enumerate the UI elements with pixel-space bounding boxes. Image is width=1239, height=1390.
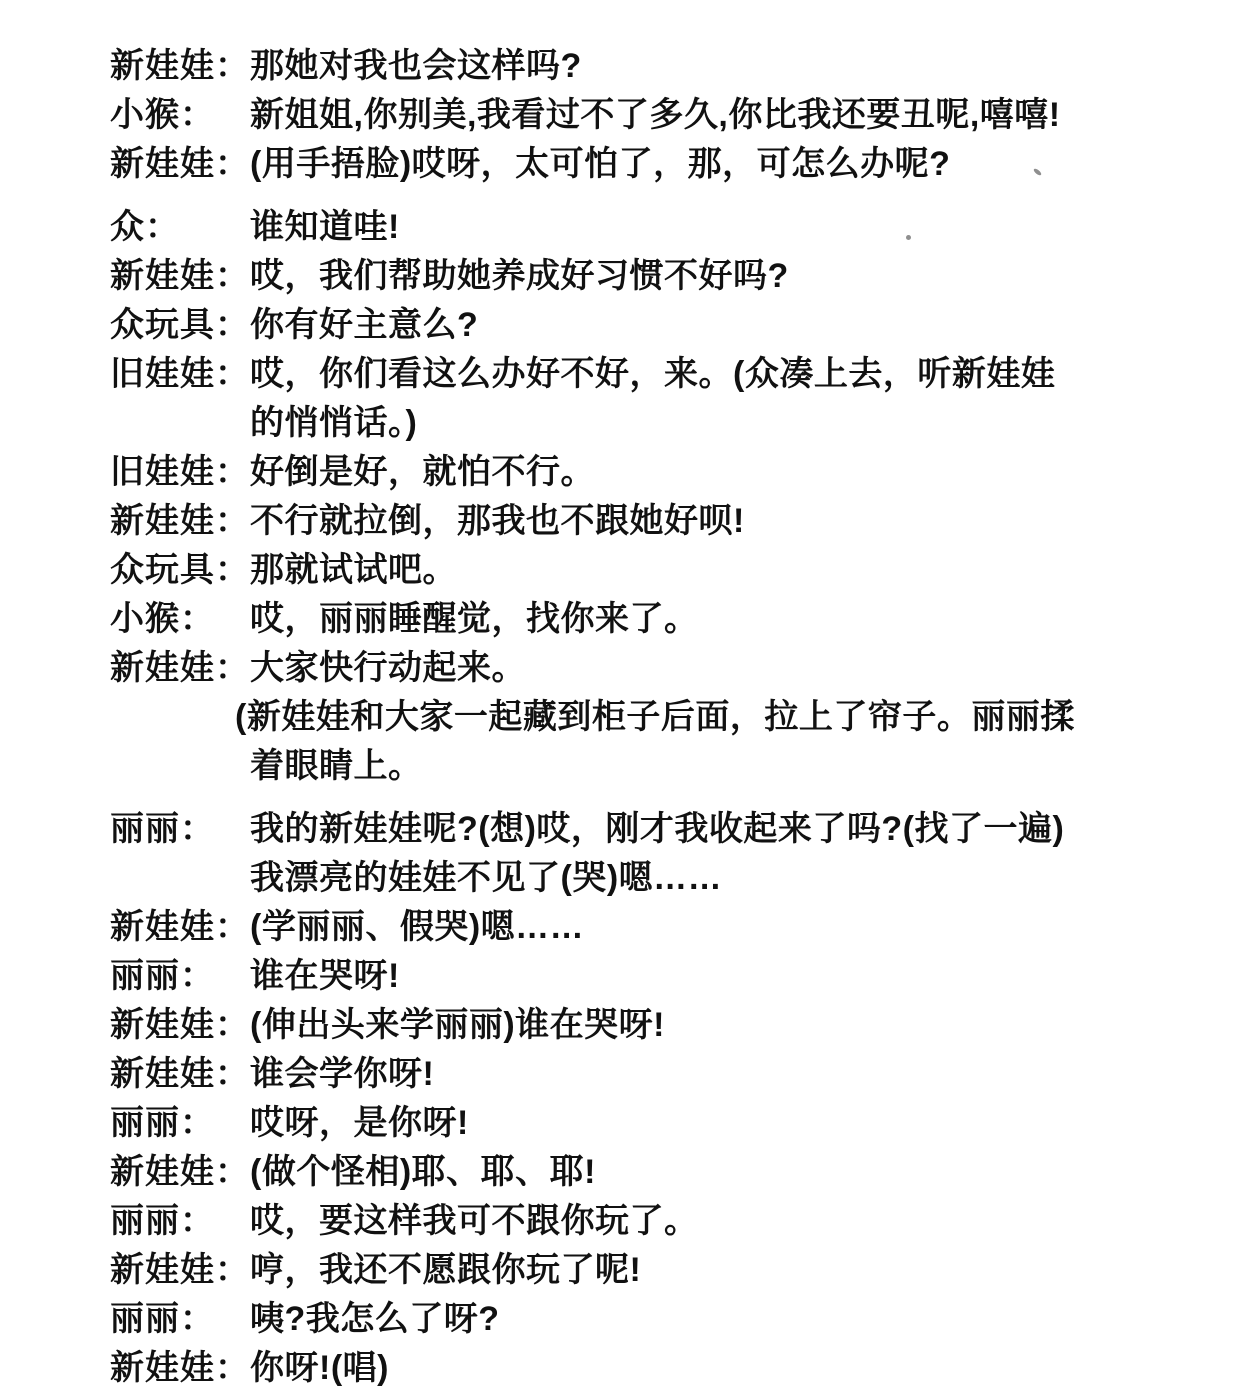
- line-text: 着眼睛上。: [250, 742, 1211, 791]
- script-line: 丽丽： 哎呀，是你呀!: [110, 1099, 1211, 1148]
- line-text: 咦?我怎么了呀?: [250, 1295, 1211, 1344]
- script-line: 着眼睛上。: [110, 742, 1211, 791]
- speaker-label: 旧娃娃：: [110, 448, 250, 497]
- script-line: 新娃娃： 不行就拉倒，那我也不跟她好呗!: [110, 497, 1211, 546]
- line-text: 哼，我还不愿跟你玩了呢!: [250, 1246, 1211, 1295]
- script-line: 旧娃娃： 好倒是好，就怕不行。: [110, 448, 1211, 497]
- speaker-label: 众玩具：: [110, 546, 250, 595]
- line-text: 好倒是好，就怕不行。: [250, 448, 1211, 497]
- speaker-label: 丽丽：: [110, 805, 250, 854]
- line-text: 谁会学你呀!: [250, 1050, 1211, 1099]
- line-text: (伸出头来学丽丽)谁在哭呀!: [250, 1001, 1211, 1050]
- line-text: 那她对我也会这样吗?: [250, 42, 1211, 91]
- line-text: 新姐姐,你别美,我看过不了多久,你比我还要丑呢,嘻嘻!: [250, 91, 1211, 140]
- speaker-label: 众：: [110, 203, 250, 252]
- line-text: (做个怪相)耶、耶、耶!: [250, 1148, 1211, 1197]
- line-text: 的悄悄话。): [250, 399, 1211, 448]
- script-body: 新娃娃： 那她对我也会这样吗? 小猴： 新姐姐,你别美,我看过不了多久,你比我还…: [110, 42, 1211, 1390]
- script-line: 丽丽： 咦?我怎么了呀?: [110, 1295, 1211, 1344]
- line-text: 那就试试吧。: [250, 546, 1211, 595]
- script-line: 新娃娃： 谁会学你呀!: [110, 1050, 1211, 1099]
- script-line: 新娃娃： (用手捂脸)哎呀，太可怕了，那，可怎么办呢?: [110, 140, 1211, 189]
- script-line: (新娃娃和大家一起藏到柜子后面，拉上了帘子。丽丽揉: [110, 693, 1211, 742]
- speaker-label: 新娃娃：: [110, 1148, 250, 1197]
- script-line: 众： 谁知道哇!: [110, 203, 1211, 252]
- speaker-label: 新娃娃：: [110, 1001, 250, 1050]
- script-line: 丽丽： 谁在哭呀!: [110, 952, 1211, 1001]
- line-text: 哎，你们看这么办好不好，来。(众凑上去，听新娃娃: [250, 350, 1211, 399]
- speaker-label: 新娃娃：: [110, 1050, 250, 1099]
- script-line: 小猴： 新姐姐,你别美,我看过不了多久,你比我还要丑呢,嘻嘻!: [110, 91, 1211, 140]
- line-text: 你呀!(唱): [250, 1344, 1211, 1390]
- line-text: 不行就拉倒，那我也不跟她好呗!: [250, 497, 1211, 546]
- script-line: 新娃娃： (学丽丽、假哭)嗯……: [110, 903, 1211, 952]
- script-line: 丽丽： 哎，要这样我可不跟你玩了。: [110, 1197, 1211, 1246]
- line-text: 哎呀，是你呀!: [250, 1099, 1211, 1148]
- speaker-label: 新娃娃：: [110, 42, 250, 91]
- script-line: 新娃娃： (做个怪相)耶、耶、耶!: [110, 1148, 1211, 1197]
- line-text: 大家快行动起来。: [250, 644, 1211, 693]
- speaker-label: 众玩具：: [110, 301, 250, 350]
- line-text: 我漂亮的娃娃不见了(哭)嗯……: [250, 854, 1211, 903]
- script-line: 新娃娃： 你呀!(唱): [110, 1344, 1211, 1390]
- speaker-label: 新娃娃：: [110, 252, 250, 301]
- line-text: 哎，我们帮助她养成好习惯不好吗?: [250, 252, 1211, 301]
- script-line: 我漂亮的娃娃不见了(哭)嗯……: [110, 854, 1211, 903]
- line-text: (学丽丽、假哭)嗯……: [250, 903, 1211, 952]
- line-text: 谁在哭呀!: [250, 952, 1211, 1001]
- script-line: 众玩具： 那就试试吧。: [110, 546, 1211, 595]
- script-page: 新娃娃： 那她对我也会这样吗? 小猴： 新姐姐,你别美,我看过不了多久,你比我还…: [0, 0, 1239, 1390]
- speaker-label: 丽丽：: [110, 1099, 250, 1148]
- script-line: 新娃娃： 那她对我也会这样吗?: [110, 42, 1211, 91]
- line-text: (新娃娃和大家一起藏到柜子后面，拉上了帘子。丽丽揉: [235, 693, 1211, 742]
- speaker-label: 新娃娃：: [110, 1344, 250, 1390]
- speaker-label: 丽丽：: [110, 1295, 250, 1344]
- speaker-label: 旧娃娃：: [110, 350, 250, 399]
- speaker-label: 新娃娃：: [110, 140, 250, 189]
- script-line: 的悄悄话。): [110, 399, 1211, 448]
- line-text: 哎，要这样我可不跟你玩了。: [250, 1197, 1211, 1246]
- line-text: (用手捂脸)哎呀，太可怕了，那，可怎么办呢?: [250, 140, 1211, 189]
- script-line: 新娃娃： 哎，我们帮助她养成好习惯不好吗?: [110, 252, 1211, 301]
- script-line: 新娃娃： 大家快行动起来。: [110, 644, 1211, 693]
- script-line: 众玩具： 你有好主意么?: [110, 301, 1211, 350]
- speaker-label: 新娃娃：: [110, 644, 250, 693]
- speaker-label: 小猴：: [110, 595, 250, 644]
- speaker-label: 丽丽：: [110, 1197, 250, 1246]
- speaker-label: 丽丽：: [110, 952, 250, 1001]
- speaker-label: 小猴：: [110, 91, 250, 140]
- script-line: 小猴： 哎，丽丽睡醒觉，找你来了。: [110, 595, 1211, 644]
- line-text: 谁知道哇!: [250, 203, 1211, 252]
- script-line: 丽丽： 我的新娃娃呢?(想)哎，刚才我收起来了吗?(找了一遍): [110, 805, 1211, 854]
- line-text: 我的新娃娃呢?(想)哎，刚才我收起来了吗?(找了一遍): [250, 805, 1211, 854]
- scan-speck: [906, 235, 911, 240]
- speaker-label: 新娃娃：: [110, 903, 250, 952]
- script-line: 新娃娃： (伸出头来学丽丽)谁在哭呀!: [110, 1001, 1211, 1050]
- speaker-label: 新娃娃：: [110, 497, 250, 546]
- script-line: 新娃娃： 哼，我还不愿跟你玩了呢!: [110, 1246, 1211, 1295]
- script-line: 旧娃娃： 哎，你们看这么办好不好，来。(众凑上去，听新娃娃: [110, 350, 1211, 399]
- line-text: 你有好主意么?: [250, 301, 1211, 350]
- speaker-label: 新娃娃：: [110, 1246, 250, 1295]
- line-text: 哎，丽丽睡醒觉，找你来了。: [250, 595, 1211, 644]
